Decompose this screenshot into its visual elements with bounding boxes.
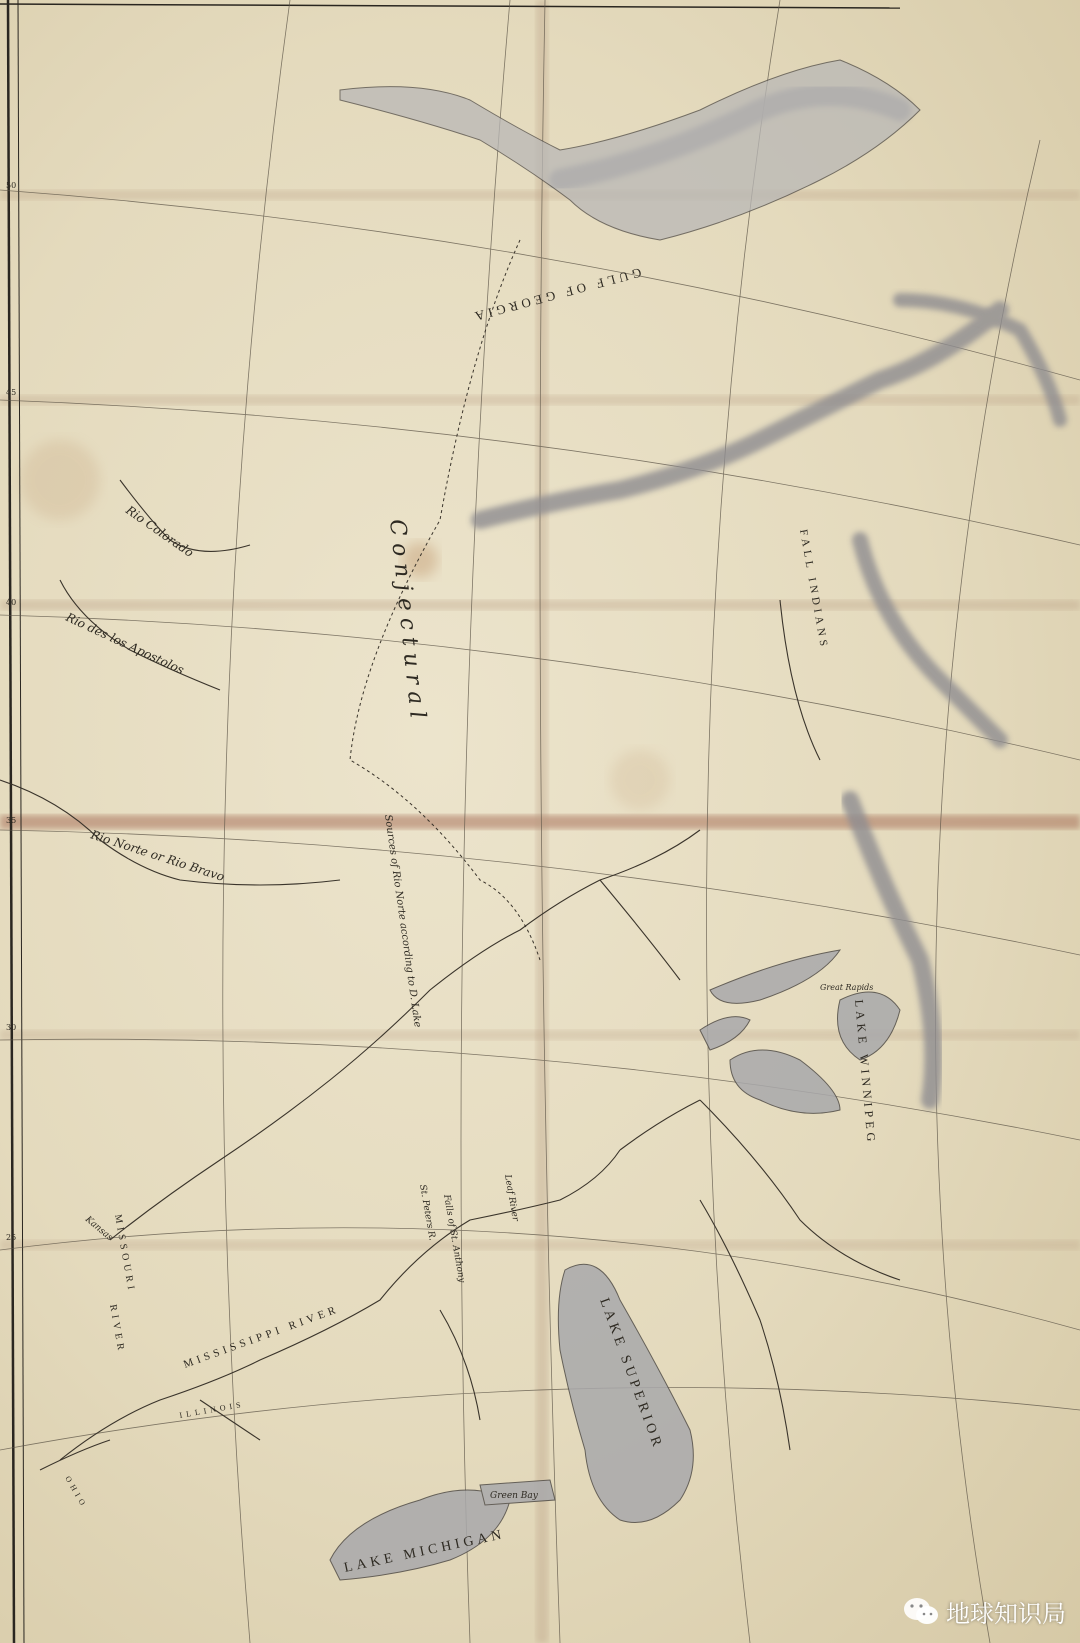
pacific-coast — [340, 60, 920, 240]
trib-1 — [600, 880, 680, 980]
lakes — [330, 950, 900, 1580]
lake-winnipeg — [730, 1050, 840, 1113]
watermark: 地球知识局 — [902, 1594, 1066, 1629]
label-sources-rio-norte: Sources of Rio Norte according to D. Lak… — [382, 814, 423, 1028]
watermark-text: 地球知识局 — [946, 1594, 1066, 1629]
label-river: RIVER — [107, 1304, 127, 1355]
mountain-ranges — [480, 95, 1060, 1100]
svg-text:45: 45 — [6, 388, 16, 397]
wechat-icon — [902, 1596, 940, 1628]
svg-text:50: 50 — [6, 181, 16, 190]
label-missouri: MISSOURI — [112, 1214, 137, 1294]
historical-map: GULF OF GEORGIA Rio Colorado Rio des los… — [0, 0, 1080, 1643]
label-leaf-river: Leaf River — [502, 1173, 520, 1223]
svg-text:40: 40 — [6, 598, 16, 607]
label-great-rapids: Great Rapids — [820, 983, 873, 992]
lake-long-1 — [710, 950, 840, 1003]
trib-6 — [700, 1200, 790, 1450]
label-rio-norte: Rio Norte or Rio Bravo — [88, 827, 226, 884]
rio-apostolos — [60, 580, 220, 690]
map-canvas: GULF OF GEORGIA Rio Colorado Rio des los… — [0, 0, 1080, 1643]
label-rio-colorado: Rio Colorado — [122, 502, 196, 559]
rio-norte — [0, 780, 340, 885]
trib-3 — [620, 1100, 700, 1150]
trib-5 — [440, 1310, 480, 1420]
svg-text:35: 35 — [6, 816, 16, 825]
label-st-peters: St. Peters R. — [417, 1184, 437, 1242]
label-fall-indians: FALL INDIANS — [797, 528, 830, 650]
label-green-bay: Green Bay — [490, 1491, 539, 1501]
label-gulf-of-georgia: GULF OF GEORGIA — [470, 265, 643, 325]
label-mississippi-river: MISSISSIPPI RIVER — [182, 1303, 341, 1371]
paper-stains — [0, 0, 1080, 1643]
ohio — [40, 1440, 110, 1470]
label-falls-st-anthony: Falls of St. Anthony — [441, 1193, 467, 1285]
svg-text:30: 30 — [6, 1023, 16, 1032]
svg-text:25: 25 — [6, 1233, 16, 1242]
lake-superior — [558, 1264, 693, 1522]
label-ohio: OHIO — [63, 1475, 89, 1511]
